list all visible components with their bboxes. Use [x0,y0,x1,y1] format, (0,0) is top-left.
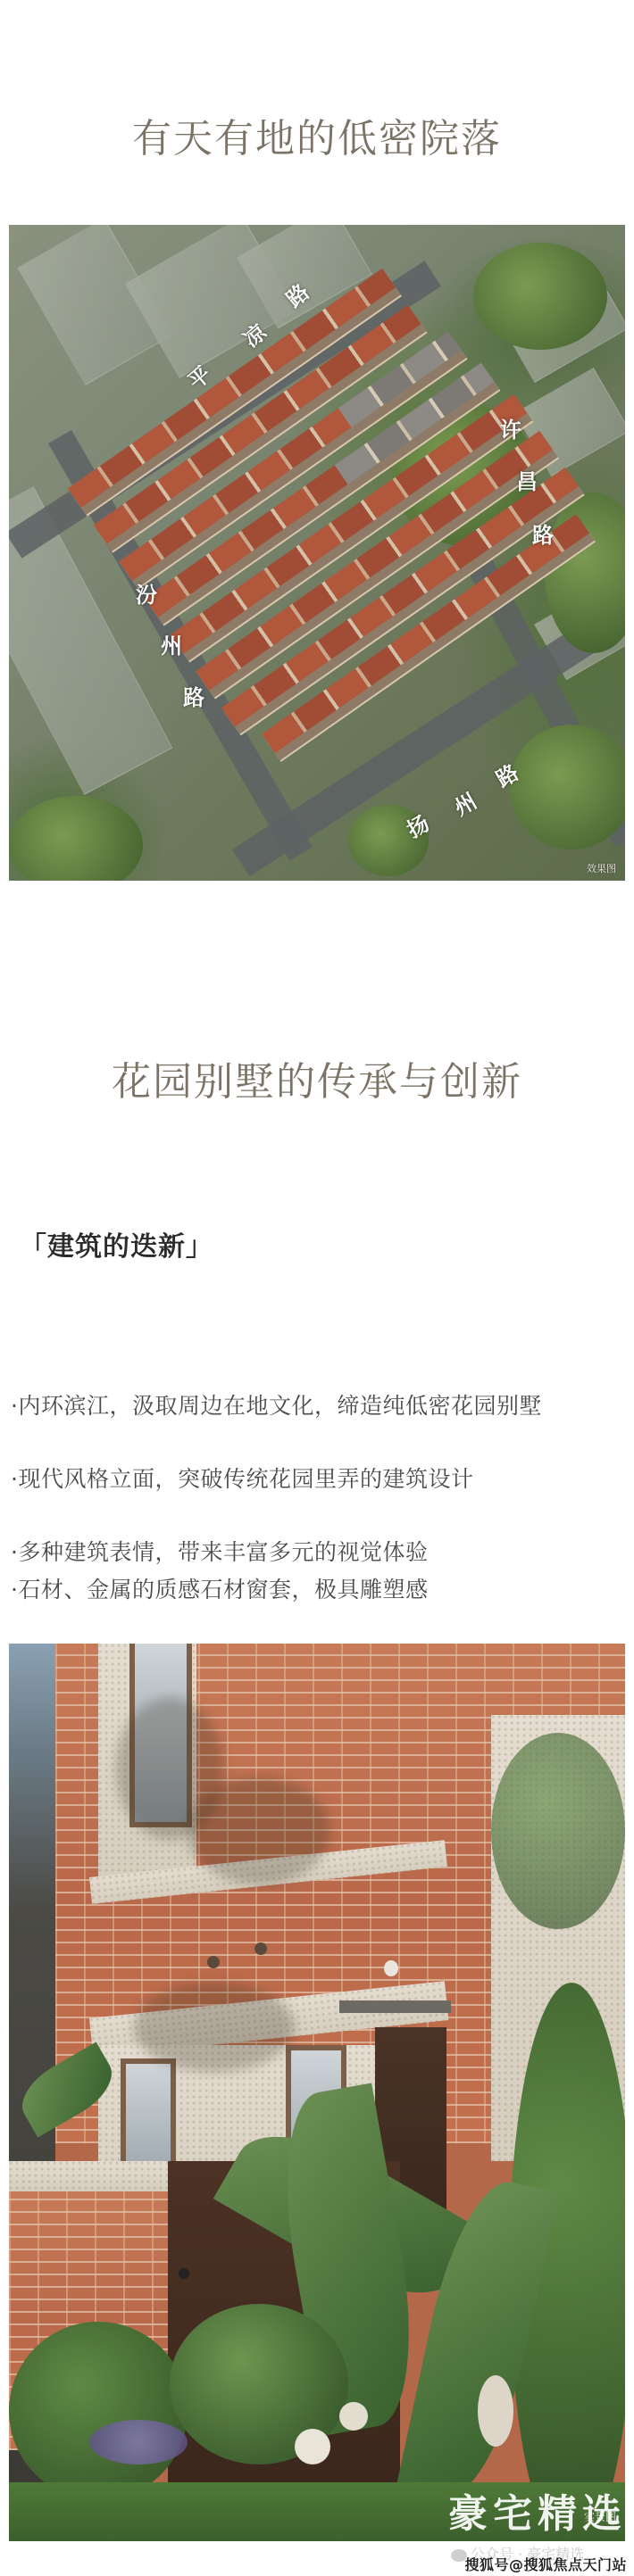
tree-canopy [509,725,625,849]
foliage [491,1733,625,1929]
subheading-architecture-renewal: 「建筑的迭新」 [20,1224,213,1263]
white-hydrangea [339,2402,368,2431]
stone-coping [9,2161,168,2191]
bullet-item: ·多种建筑表情，带来丰富多元的视觉体验 [11,1535,428,1567]
road-label-xuchang-1: 许 [500,412,521,443]
bullet-item: ·内环滨江，汲取周边在地文化，缔造纯低密花园别墅 [11,1388,542,1421]
wall-light [207,1956,220,1968]
bullet-item: ·现代风格立面，突破传统花园里弄的建筑设计 [11,1462,473,1494]
sohu-watermark: 搜狐号@搜狐焦点天门站 [464,2554,627,2574]
road-label-yangzhou-2: 州 [447,783,481,821]
road-label-xuchang-3: 路 [532,518,554,549]
photo-caption: 实景图 [584,2509,616,2524]
door-canopy [339,2000,451,2013]
section-title-low-density-courtyard: 有天有地的低密院落 [0,120,634,159]
lavender-flowers [89,2420,188,2464]
aerial-rendering-image: 平 凉 路 许 昌 路 汾 州 路 扬 州 路 效果图 [9,225,625,881]
gate-handle [179,2268,189,2279]
wall-light [384,1960,398,1976]
boxwood-shrub [9,2322,188,2500]
white-hydrangea [295,2429,330,2464]
bullet-item: ·石材、金属的质感石材窗套，极具雕塑感 [11,1572,428,1604]
facade-garden-photo [9,1644,625,2541]
tree-canopy [473,243,607,350]
road-label-fenzhou-1: 汾 [136,577,157,609]
leaf-shadow [188,1777,330,1884]
white-hydrangea [478,2375,513,2447]
tree-canopy [9,796,143,881]
wall-light [254,1942,267,1955]
road-label-fenzhou-3: 路 [183,680,204,711]
leaf-shadow [134,1983,295,2072]
section-title-garden-villa: 花园别墅的传承与创新 [0,1063,634,1102]
rendering-caption: 效果图 [587,861,616,875]
road-label-fenzhou-2: 州 [161,628,182,659]
road-label-xuchang-2: 昌 [516,464,538,495]
